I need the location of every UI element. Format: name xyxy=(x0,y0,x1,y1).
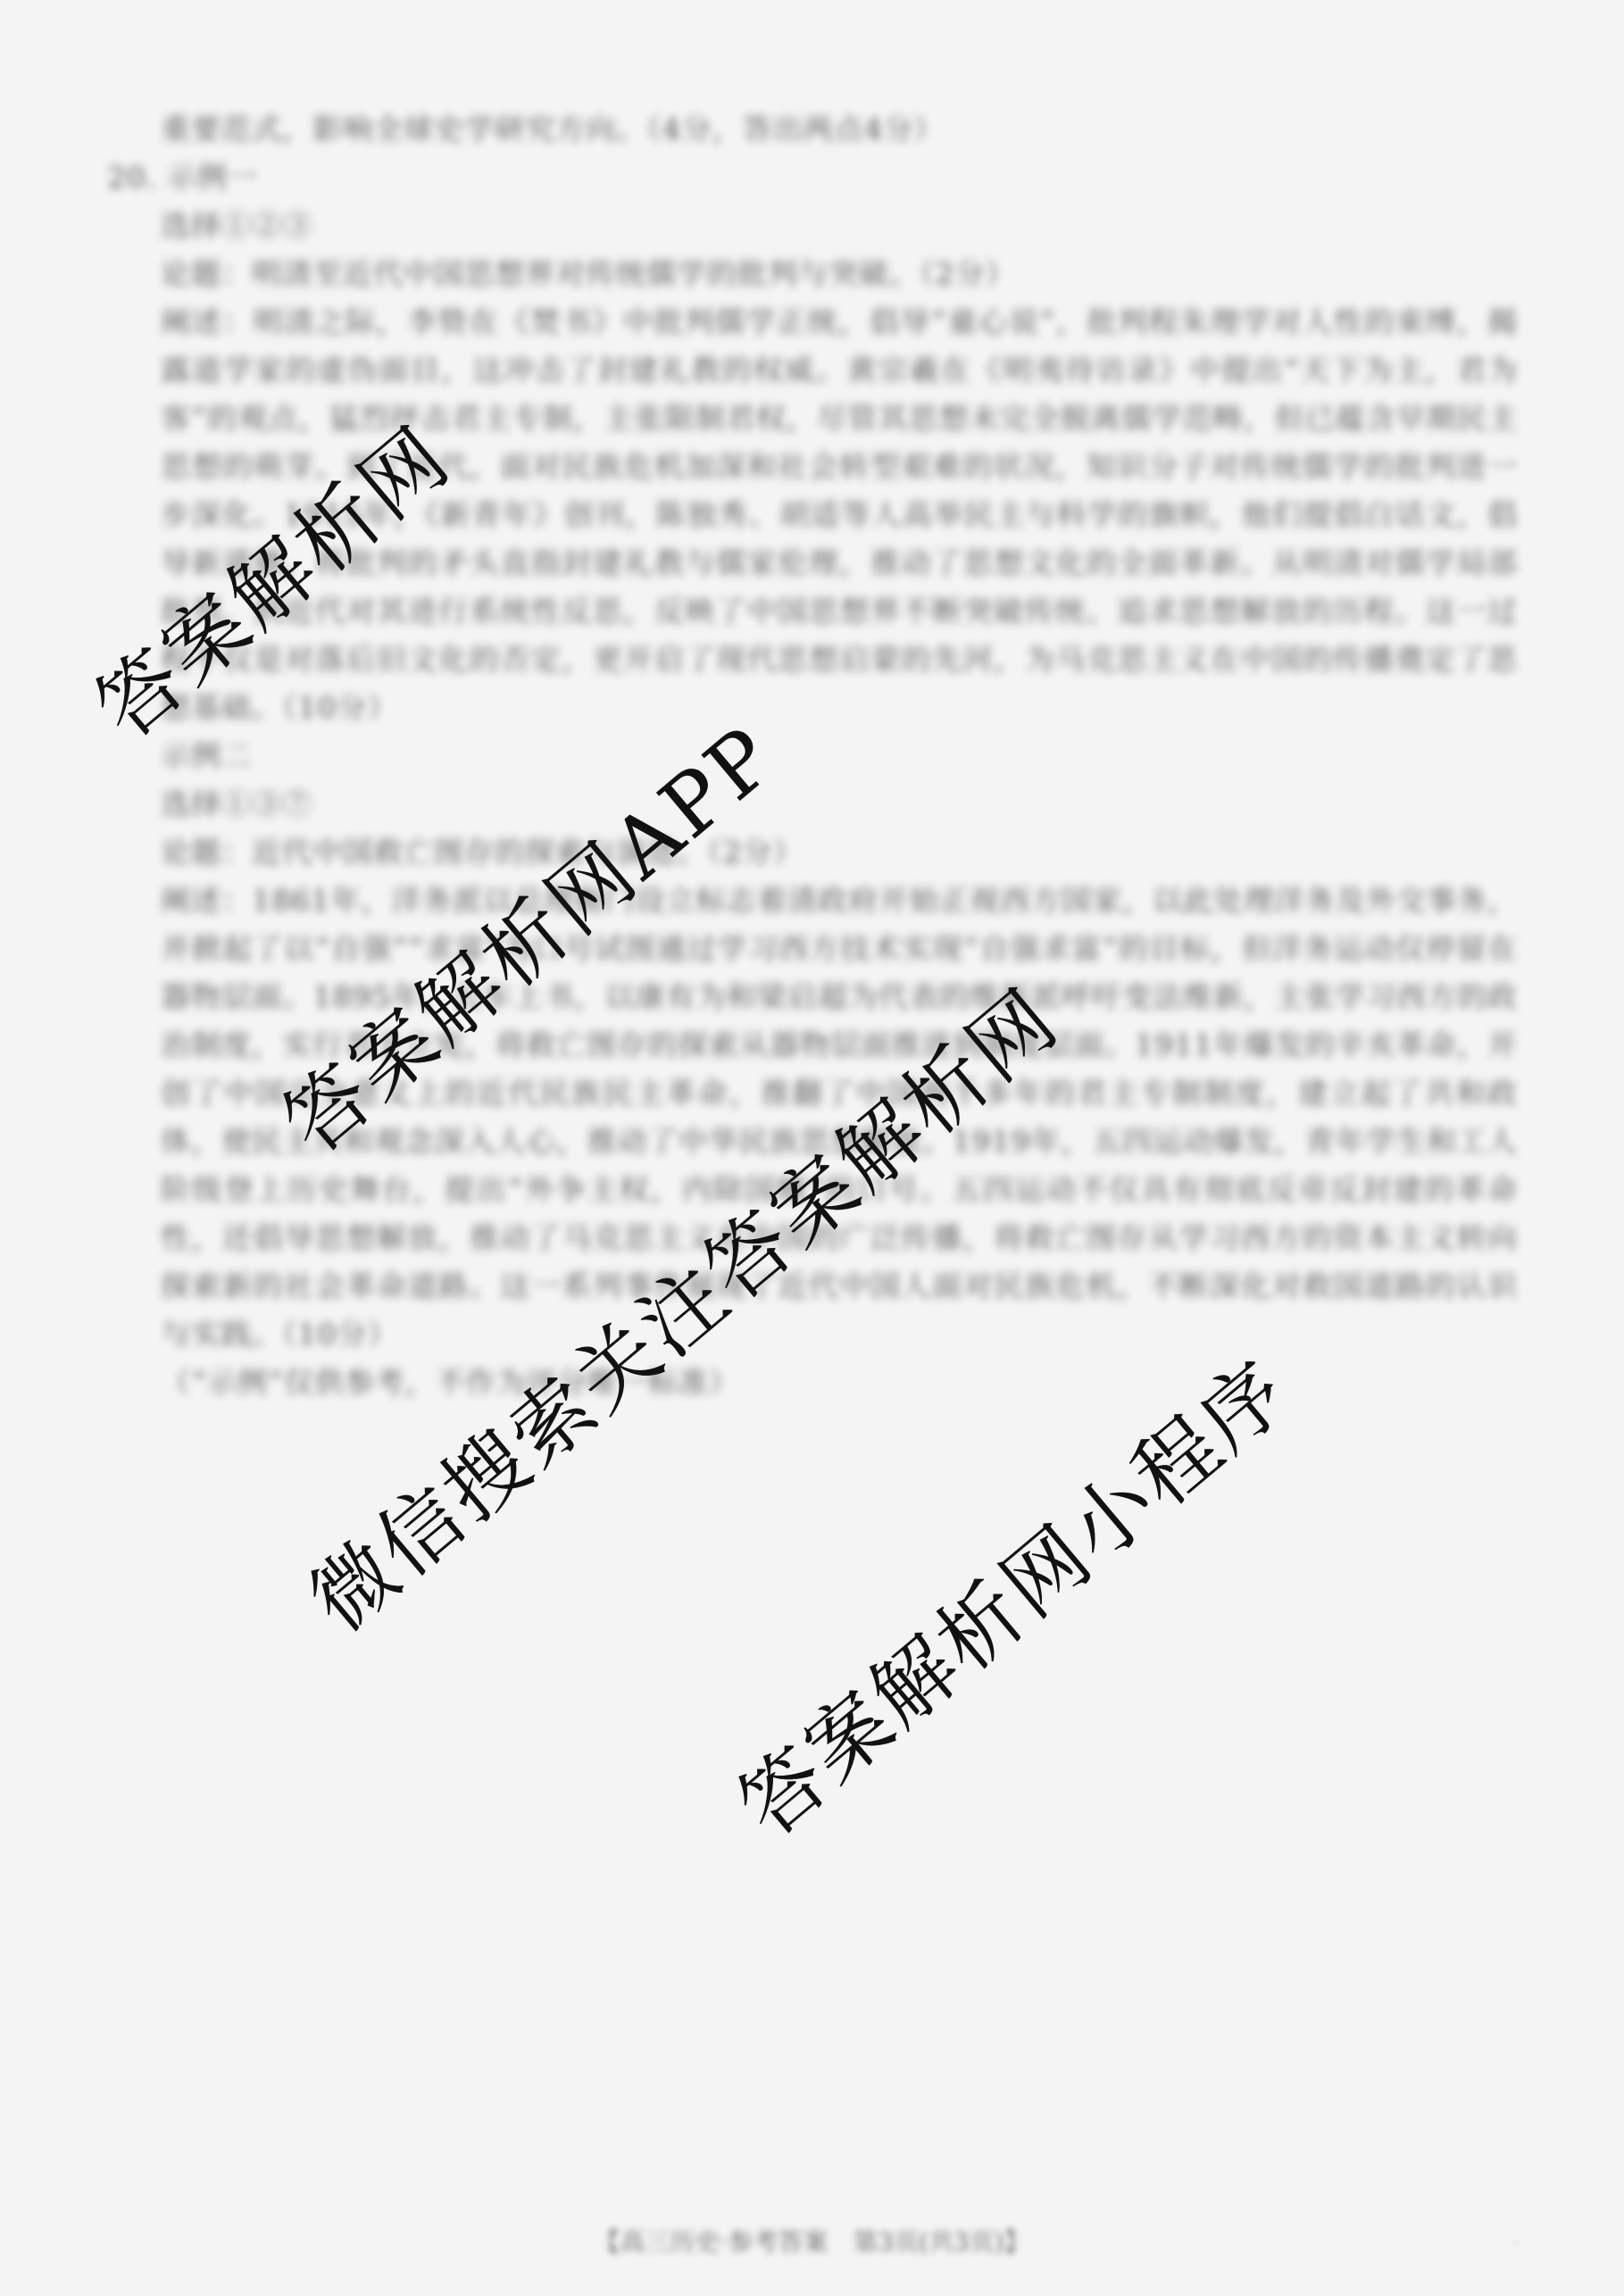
page-mark: · xyxy=(1513,2232,1519,2253)
example-2-label: 示例二 xyxy=(107,732,1518,780)
page-footer: 【高三历史·参考答案 第3页(共3页)】 xyxy=(0,2223,1624,2259)
example-1-thesis: 论题：明清至近代中国思想界对传统儒学的批判与突破。（2分） xyxy=(107,250,1518,298)
example-2-choice: 选择①③⑦ xyxy=(107,780,1518,828)
question-20-example-1-label: 20. 示例一 xyxy=(107,154,1518,202)
scoring-note: （“示例”仅供参考，不作为评分唯一标准） xyxy=(107,1359,1518,1407)
document-page: 重要范式，影响全球史学研究方向。（4分，答出两点4分） 20. 示例一 选择①②… xyxy=(0,0,1624,2296)
previous-answer-tail: 重要范式，影响全球史学研究方向。（4分，答出两点4分） xyxy=(107,105,1518,154)
watermark-4: 答案解析网小程序 xyxy=(710,1327,1311,1859)
example-2-thesis: 论题：近代中国救亡图存的探索与演进。（2分） xyxy=(107,828,1518,877)
example-1-choice: 选择①②③ xyxy=(107,202,1518,250)
